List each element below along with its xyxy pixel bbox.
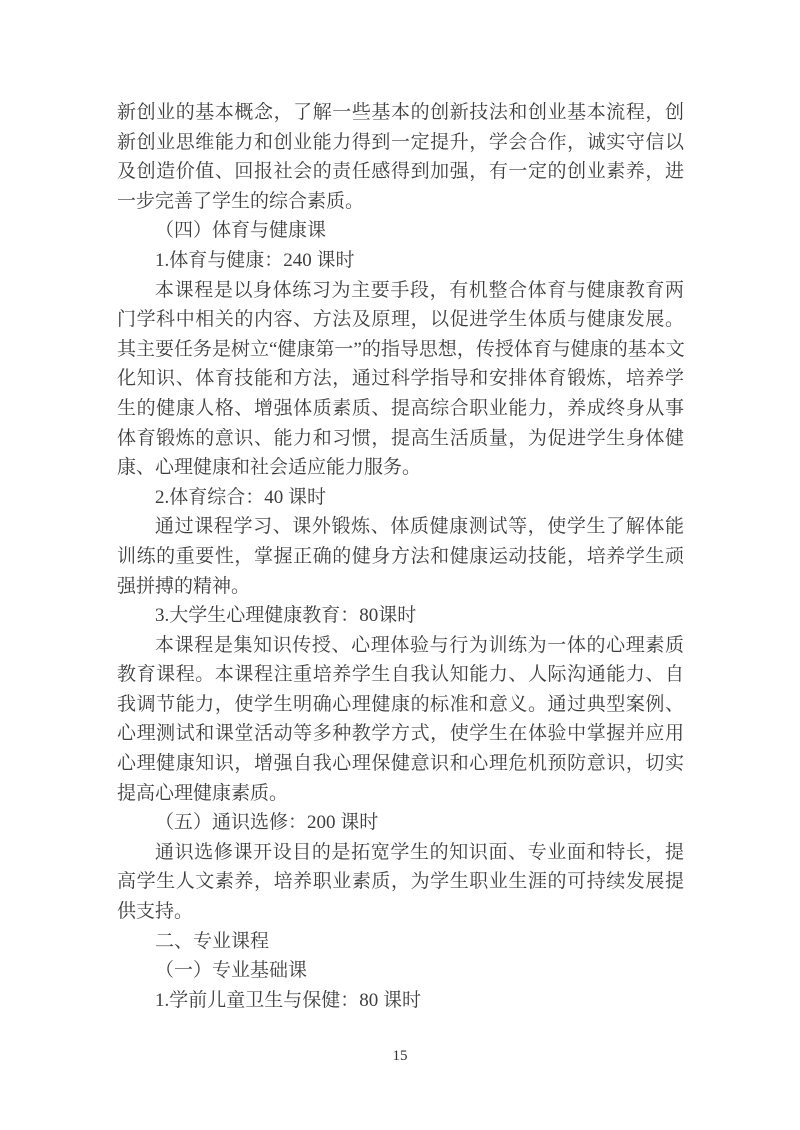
text-line: 1.体育与健康：240 课时: [117, 246, 684, 276]
text-line: 生的健康人格、增强体质素质、提高综合职业能力，养成终身从事: [117, 394, 684, 424]
text-line: 通识选修课开设目的是拓宽学生的知识面、专业面和特长，提: [117, 838, 684, 868]
text-line: （五）通识选修：200 课时: [117, 808, 684, 838]
text-line: 新创业的基本概念，了解一些基本的创新技法和创业基本流程，创: [117, 98, 684, 128]
text-line: 我调节能力，使学生明确心理健康的标准和意义。通过典型案例、: [117, 690, 684, 720]
text-line: （四）体育与健康课: [117, 216, 684, 246]
text-line: 康、心理健康和社会适应能力服务。: [117, 453, 684, 483]
text-line: 提高心理健康素质。: [117, 779, 684, 809]
text-line: 及创造价值、回报社会的责任感得到加强，有一定的创业素养，进: [117, 157, 684, 187]
text-line: 门学科中相关的内容、方法及原理，以促进学生体质与健康发展。: [117, 305, 684, 335]
text-line: 训练的重要性，掌握正确的健身方法和健康运动技能，培养学生顽: [117, 542, 684, 572]
text-line: 通过课程学习、课外锻炼、体质健康测试等，使学生了解体能: [117, 512, 684, 542]
text-line: 体育锻炼的意识、能力和习惯，提高生活质量，为促进学生身体健: [117, 424, 684, 454]
text-line: 心理测试和课堂活动等多种教学方式，使学生在体验中掌握并应用: [117, 719, 684, 749]
text-line: 新创业思维能力和创业能力得到一定提升，学会合作，诚实守信以: [117, 128, 684, 158]
text-line: 2.体育综合：40 课时: [117, 483, 684, 513]
text-line: 教育课程。本课程注重培养学生自我认知能力、人际沟通能力、自: [117, 660, 684, 690]
document-page: 新创业的基本概念，了解一些基本的创新技法和创业基本流程，创新创业思维能力和创业能…: [0, 0, 800, 1130]
text-line: 本课程是集知识传授、心理体验与行为训练为一体的心理素质: [117, 631, 684, 661]
page-number: 15: [0, 1049, 800, 1064]
text-block: 新创业的基本概念，了解一些基本的创新技法和创业基本流程，创新创业思维能力和创业能…: [117, 98, 684, 1015]
text-line: 一步完善了学生的综合素质。: [117, 187, 684, 217]
text-line: （一）专业基础课: [117, 956, 684, 986]
text-line: 其主要任务是树立“健康第一”的指导思想，传授体育与健康的基本文: [117, 335, 684, 365]
text-line: 3.大学生心理健康教育：80课时: [117, 601, 684, 631]
text-line: 心理健康知识，增强自我心理保健意识和心理危机预防意识，切实: [117, 749, 684, 779]
text-line: 1.学前儿童卫生与保健：80 课时: [117, 986, 684, 1016]
text-line: 本课程是以身体练习为主要手段，有机整合体育与健康教育两: [117, 276, 684, 306]
text-line: 强拼搏的精神。: [117, 572, 684, 602]
text-line: 高学生人文素养，培养职业素质，为学生职业生涯的可持续发展提: [117, 867, 684, 897]
text-line: 二、专业课程: [117, 927, 684, 957]
text-line: 供支持。: [117, 897, 684, 927]
text-line: 化知识、体育技能和方法，通过科学指导和安排体育锻炼，培养学: [117, 364, 684, 394]
